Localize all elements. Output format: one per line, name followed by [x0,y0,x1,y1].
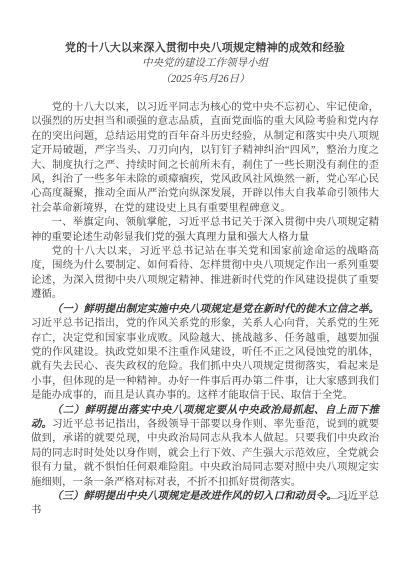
page-number: — 1 — [329,493,364,505]
text-run: 党的十八大以来，以习近平同志为核心的党中央不忘初心、牢记使命，以强烈的历史担当和… [31,102,379,214]
text-run: 习近平总书记指出，党的作风关系党的形象，关系人心向背，关系党的生死存亡，决定党和… [31,318,379,401]
document-date: （2025年5月26日） [31,72,379,88]
document-content-area: 党的十八大以来深入贯彻中央八项规定精神的成效和经验 中央党的建设工作领导小组 （… [0,0,410,519]
document-author: 中央党的建设工作领导小组 [31,56,379,72]
paragraph: （三）鲜明提出中央八项规定是改进作风的切入口和动员令。习近平总书 [31,490,379,519]
document-page: 党的十八大以来深入贯彻中央八项规定精神的成效和经验 中央党的建设工作领导小组 （… [0,0,410,580]
text-run: 习近平总书记指出，各级领导干部要以身作则、率先垂范，说到的就要做到，承诺的就要兑… [31,419,379,488]
text-run: 党的十八大以来，习近平总书记站在事关党和国家前途命运的战略高度，围绕为什么要制定… [31,246,379,300]
paragraph: （一）鲜明提出制定实施中央八项规定是党在新时代的徙木立信之举。习近平总书记指出，… [31,303,379,404]
bold-lead-run: （三）鲜明提出中央八项规定是改进作风的切入口和动员令。 [52,491,337,502]
paragraph: （二）鲜明提出落实中央八项规定要从中央政治局抓起、自上而下推动。习近平总书记指出… [31,404,379,490]
bold-lead-run: （一）鲜明提出制定实施中央八项规定是党在新时代的徙木立信之举。 [52,304,379,315]
document-body: 党的十八大以来，以习近平同志为核心的党中央不忘初心、牢记使命，以强烈的历史担当和… [31,101,379,519]
section-heading: 一、举旗定向、领航掌舵，习近平总书记关于深入贯彻中央八项规定精神的重要论述生动彰… [31,216,379,245]
document-title: 党的十八大以来深入贯彻中央八项规定精神的成效和经验 [31,40,379,56]
title-block: 党的十八大以来深入贯彻中央八项规定精神的成效和经验 中央党的建设工作领导小组 （… [31,40,379,88]
paragraph: 党的十八大以来，以习近平同志为核心的党中央不忘初心、牢记使命，以强烈的历史担当和… [31,101,379,216]
paragraph: 党的十八大以来，习近平总书记站在事关党和国家前途命运的战略高度，围绕为什么要制定… [31,245,379,303]
text-run: 一、举旗定向、领航掌舵，习近平总书记关于深入贯彻中央八项规定精神的重要论述生动彰… [31,217,379,242]
